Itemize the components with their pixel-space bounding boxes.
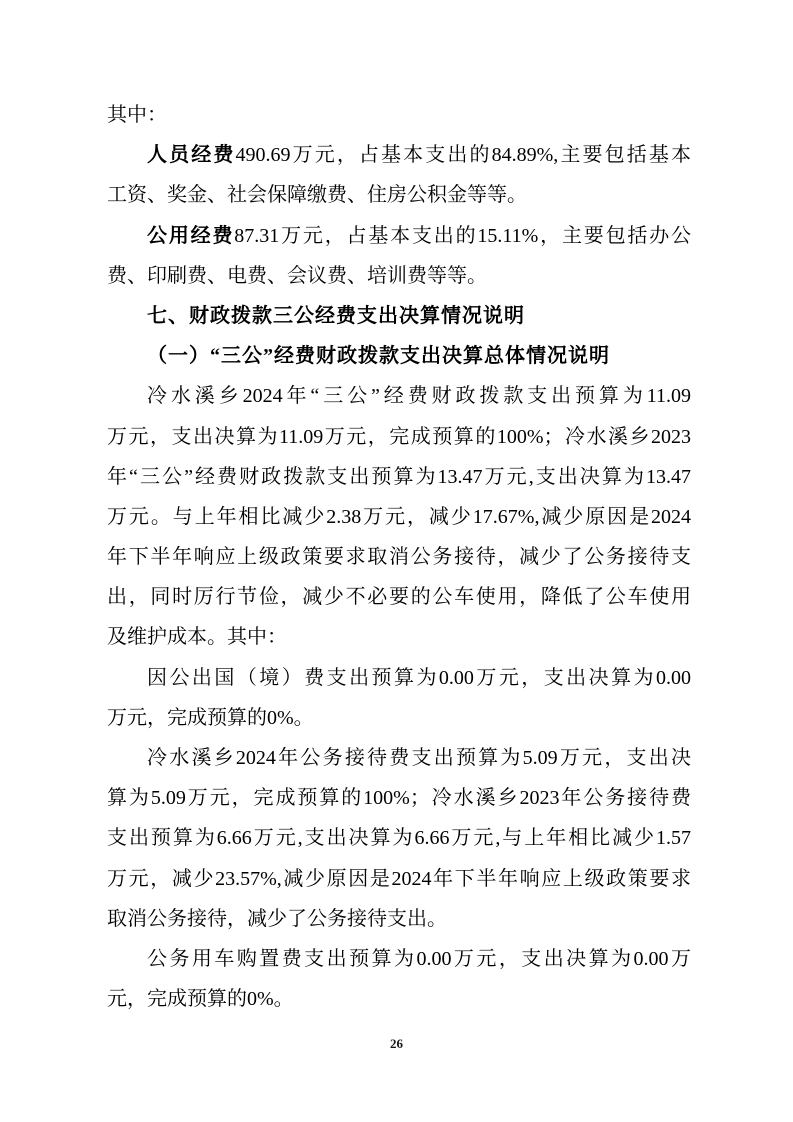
text-segment: （一）“三公”经费财政拨款支出决算总体情况说明: [147, 345, 610, 367]
bold-lead-text: 公用经费: [147, 225, 234, 247]
text-segment: 七、财政拨款三公经费支出决算情况说明: [147, 305, 525, 327]
text-segment: 出，同时厉行节俭，减少不必要的公车使用，降低了公车使用: [107, 586, 691, 608]
text-segment: 算为5.09万元，完成预算的100%；冷水溪乡2023年公务接待费: [107, 787, 691, 809]
text-segment: 因公出国（境）费支出预算为0.00万元，支出决算为0.00: [147, 667, 691, 689]
text-line: 及维护成本。其中：: [107, 617, 691, 657]
section-heading: 七、财政拨款三公经费支出决算情况说明: [107, 296, 691, 336]
text-line: 年下半年响应上级政策要求取消公务接待，减少了公务接待支: [107, 537, 691, 577]
text-line: 取消公务接待，减少了公务接待支出。: [107, 899, 691, 939]
text-segment: 公务用车购置费支出预算为0.00万元，支出决算为0.00万: [147, 948, 691, 970]
paragraph: 冷水溪乡2024年公务接待费支出预算为5.09万元，支出决算为5.09万元，完成…: [107, 738, 691, 939]
text-line: 公用经费87.31万元，占基本支出的15.11%，主要包括办公: [107, 216, 691, 256]
page-number: 26: [0, 1036, 793, 1052]
paragraph: 冷水溪乡2024年“三公”经费财政拨款支出预算为11.09万元，支出决算为11.…: [107, 376, 691, 657]
text-segment: 冷水溪乡2024年“三公”经费财政拨款支出预算为11.09: [147, 385, 691, 407]
text-segment: 元，完成预算的0%。: [107, 988, 294, 1010]
text-segment: 支出预算为6.66万元,支出决算为6.66万元,与上年相比减少1.57: [107, 827, 691, 849]
text-line: 冷水溪乡2024年“三公”经费财政拨款支出预算为11.09: [107, 376, 691, 416]
paragraph: 公用经费87.31万元，占基本支出的15.11%，主要包括办公费、印刷费、电费、…: [107, 216, 691, 296]
text-segment: 费、印刷费、电费、会议费、培训费等等。: [107, 265, 487, 287]
text-line: 万元，完成预算的0%。: [107, 698, 691, 738]
text-line: 元，完成预算的0%。: [107, 979, 691, 1019]
text-line: 人员经费490.69万元，占基本支出的84.89%,主要包括基本: [107, 135, 691, 175]
text-segment: 万元，减少23.57%,减少原因是2024年下半年响应上级政策要求: [107, 868, 691, 890]
text-line: 费、印刷费、电费、会议费、培训费等等。: [107, 256, 691, 296]
text-segment: 工资、奖金、社会保障缴费、住房公积金等等。: [107, 184, 527, 206]
text-segment: 万元。与上年相比减少2.38万元，减少17.67%,减少原因是2024: [107, 506, 691, 528]
text-segment: 及维护成本。其中：: [107, 626, 287, 648]
document-page: 其中：人员经费490.69万元，占基本支出的84.89%,主要包括基本工资、奖金…: [0, 0, 793, 1122]
text-line: 算为5.09万元，完成预算的100%；冷水溪乡2023年公务接待费: [107, 778, 691, 818]
paragraph: 公务用车购置费支出预算为0.00万元，支出决算为0.00万元，完成预算的0%。: [107, 939, 691, 1019]
text-line: 支出预算为6.66万元,支出决算为6.66万元,与上年相比减少1.57: [107, 818, 691, 858]
text-segment: 万元，完成预算的0%。: [107, 707, 314, 729]
text-line: 冷水溪乡2024年公务接待费支出预算为5.09万元，支出决: [107, 738, 691, 778]
bold-lead-text: 人员经费: [147, 144, 235, 166]
paragraph: 其中：: [107, 95, 691, 135]
sub-heading: （一）“三公”经费财政拨款支出决算总体情况说明: [107, 336, 691, 376]
text-line: 万元。与上年相比减少2.38万元，减少17.67%,减少原因是2024: [107, 497, 691, 537]
document-body: 其中：人员经费490.69万元，占基本支出的84.89%,主要包括基本工资、奖金…: [107, 95, 691, 1019]
text-line: 七、财政拨款三公经费支出决算情况说明: [107, 296, 691, 336]
text-line: 公务用车购置费支出预算为0.00万元，支出决算为0.00万: [107, 939, 691, 979]
text-segment: 87.31万元，占基本支出的15.11%，主要包括办公: [234, 225, 691, 247]
paragraph: 人员经费490.69万元，占基本支出的84.89%,主要包括基本工资、奖金、社会…: [107, 135, 691, 215]
text-segment: 其中：: [107, 104, 167, 126]
paragraph: 因公出国（境）费支出预算为0.00万元，支出决算为0.00万元，完成预算的0%。: [107, 658, 691, 738]
text-line: 年“三公”经费财政拨款支出预算为13.47万元,支出决算为13.47: [107, 457, 691, 497]
text-line: 万元，支出决算为11.09万元，完成预算的100%；冷水溪乡2023: [107, 417, 691, 457]
text-segment: 万元，支出决算为11.09万元，完成预算的100%；冷水溪乡2023: [107, 426, 691, 448]
text-segment: 冷水溪乡2024年公务接待费支出预算为5.09万元，支出决: [147, 747, 691, 769]
text-segment: 年下半年响应上级政策要求取消公务接待，减少了公务接待支: [107, 546, 691, 568]
text-segment: 490.69万元，占基本支出的84.89%,主要包括基本: [235, 144, 691, 166]
text-line: 工资、奖金、社会保障缴费、住房公积金等等。: [107, 175, 691, 215]
text-line: 因公出国（境）费支出预算为0.00万元，支出决算为0.00: [107, 658, 691, 698]
text-line: 出，同时厉行节俭，减少不必要的公车使用，降低了公车使用: [107, 577, 691, 617]
text-line: 万元，减少23.57%,减少原因是2024年下半年响应上级政策要求: [107, 859, 691, 899]
text-line: 其中：: [107, 95, 691, 135]
text-segment: 取消公务接待，减少了公务接待支出。: [107, 908, 447, 930]
text-segment: 年“三公”经费财政拨款支出预算为13.47万元,支出决算为13.47: [107, 466, 691, 488]
text-line: （一）“三公”经费财政拨款支出决算总体情况说明: [107, 336, 691, 376]
